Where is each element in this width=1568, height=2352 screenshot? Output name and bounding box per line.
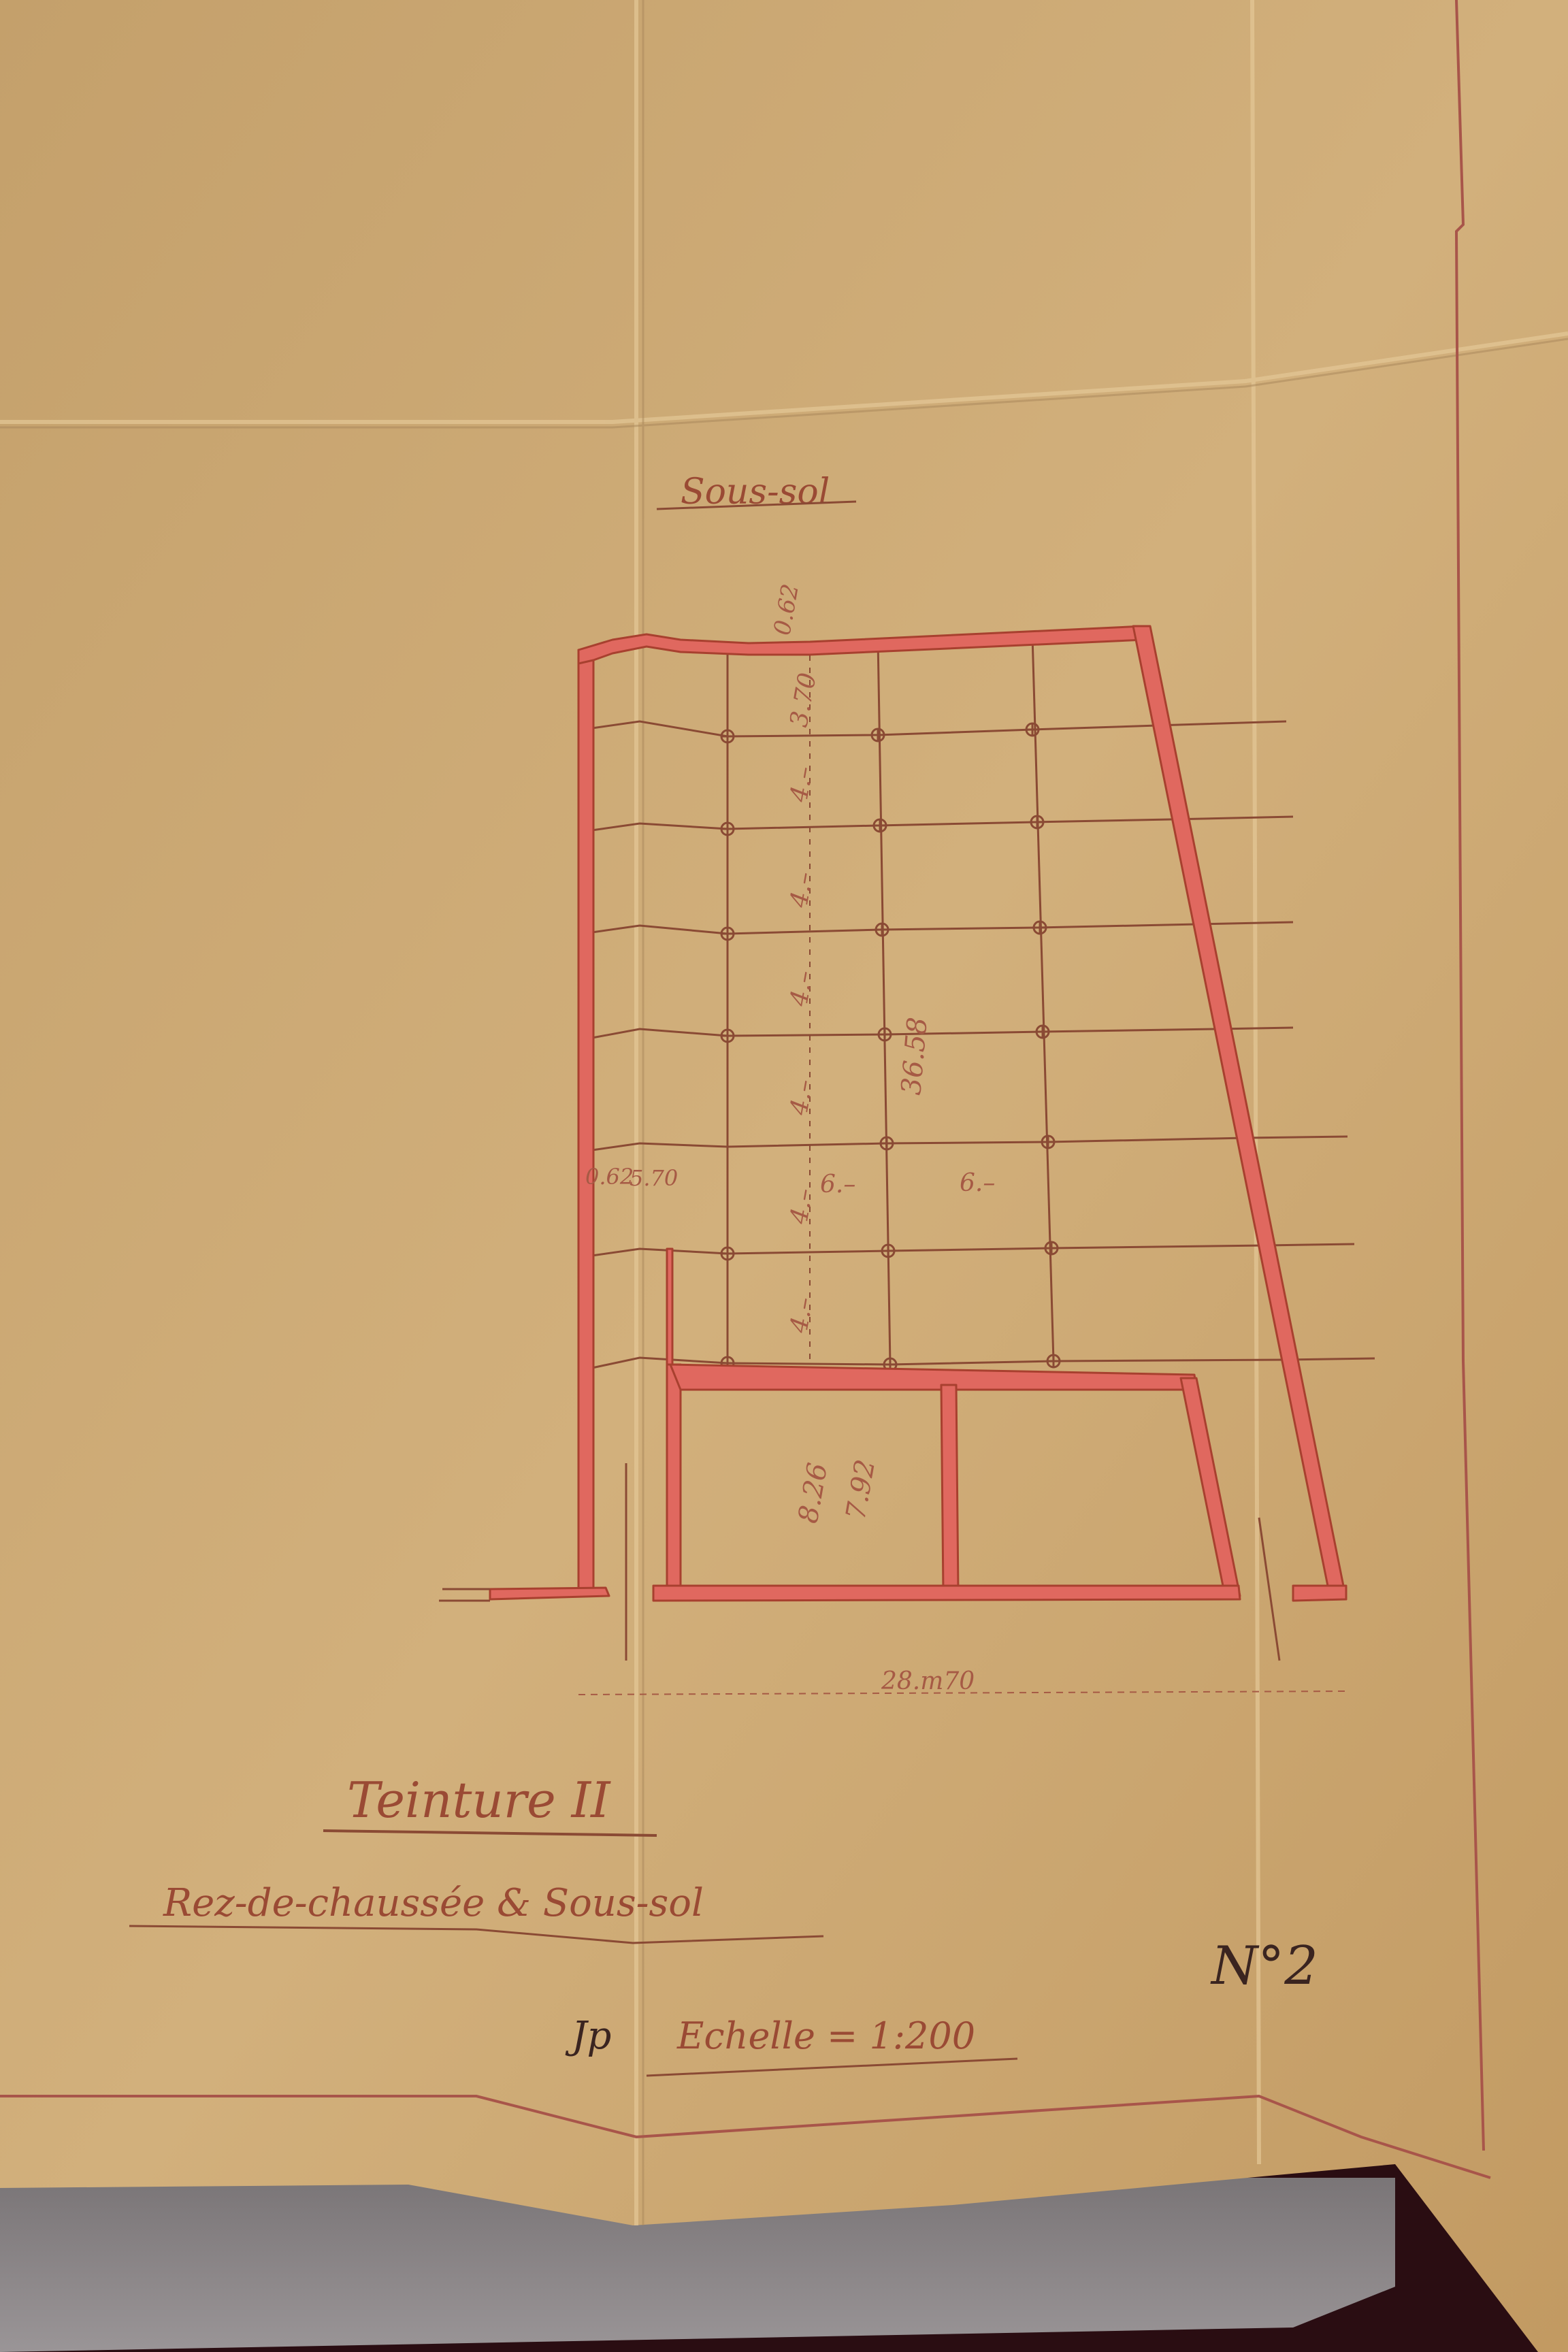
paper-sheet [0,0,1568,2352]
svg-text:6.–: 6.– [960,1169,995,1197]
sheet-subtitle: Rez-de-chaussée & Sous-sol [163,1881,704,1925]
sheet-title: Teinture II [347,1771,611,1829]
svg-text:28.m70: 28.m70 [881,1667,975,1695]
sheet-number: N°2 [1210,1935,1318,1997]
svg-text:0.62: 0.62 [585,1164,634,1190]
svg-text:6.–: 6.– [820,1171,855,1198]
svg-text:5.70: 5.70 [630,1165,678,1191]
plan-label: Sous-sol [657,472,856,512]
document-photo: Sous-sol [0,0,1568,2352]
initials: Jp [565,2014,611,2058]
scale-label: Echelle = 1:200 [676,2014,975,2057]
